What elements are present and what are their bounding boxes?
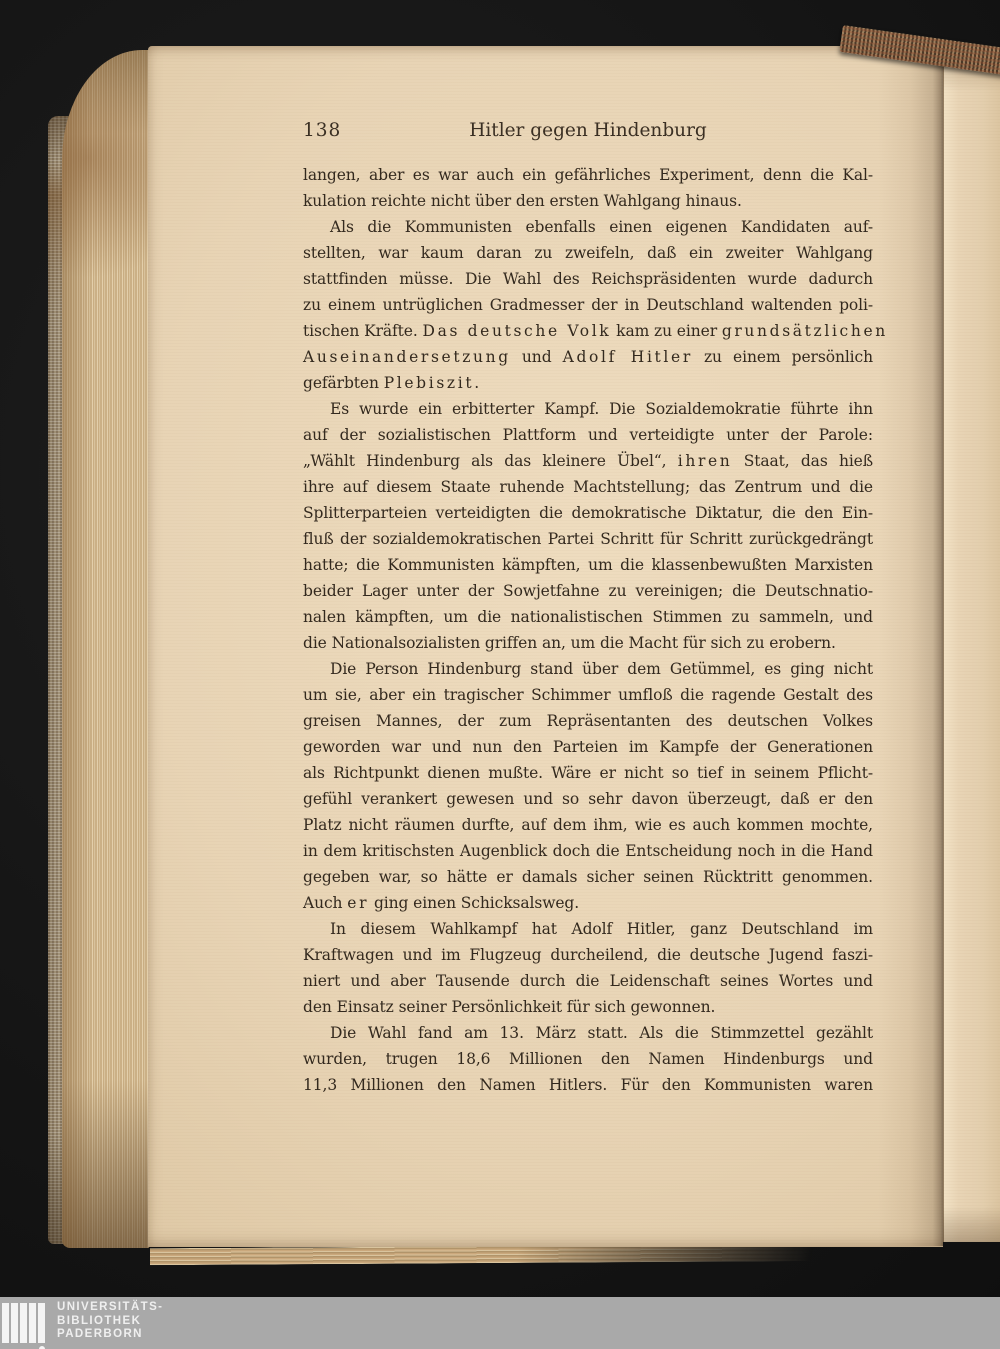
text-line: auf der sozialistischen Plattform und ve… <box>303 422 873 448</box>
text-line: „Wählt Hindenburg als das kleinere Übel“… <box>303 448 873 474</box>
text-line: nalen kämpften, um die nationalistischen… <box>303 604 873 630</box>
text-line: gefärbten Plebiszit. <box>303 370 873 396</box>
paragraph: langen, aber es war auch ein gefährliche… <box>303 162 873 214</box>
library-name-line: UNIVERSITÄTS- <box>57 1301 163 1315</box>
logo-bar <box>11 1303 18 1343</box>
book-scan-photo: 138 Hitler gegen Hindenburg langen, aber… <box>0 0 1000 1349</box>
library-watermark-bar: UNIVERSITÄTS- BIBLIOTHEK PADERBORN <box>0 1297 1000 1349</box>
text-line: 11,3 Millionen den Namen Hitlers. Für de… <box>303 1072 873 1098</box>
text-line: beider Lager unter der Sowjetfahne zu ve… <box>303 578 873 604</box>
text-line: Kraftwagen und im Flugzeug durcheilend, … <box>303 942 873 968</box>
facing-page-edge <box>943 56 1000 1242</box>
page-edges-left <box>62 50 149 1248</box>
text-line: Auseinandersetzung und Adolf Hitler zu e… <box>303 344 873 370</box>
text-line: langen, aber es war auch ein gefährliche… <box>303 162 873 188</box>
running-header: Hitler gegen Hindenburg <box>303 120 873 141</box>
page-header-row: 138 Hitler gegen Hindenburg <box>303 120 873 144</box>
text-line: die Nationalsozialisten griffen an, um d… <box>303 630 873 656</box>
text-line: geworden war und nun den Parteien im Kam… <box>303 734 873 760</box>
paragraph: Es wurde ein erbitterter Kampf. Die Sozi… <box>303 396 873 656</box>
text-line: stattfinden müsse. Die Wahl des Reichspr… <box>303 266 873 292</box>
paragraph: Die Person Hindenburg stand über dem Get… <box>303 656 873 916</box>
text-line: Die Person Hindenburg stand über dem Get… <box>303 656 873 682</box>
text-line: hatte; die Kommunisten kämpften, um die … <box>303 552 873 578</box>
text-line: niert und aber Tausende durch die Leiden… <box>303 968 873 994</box>
text-line: ihre auf diesem Staate ruhende Machtstel… <box>303 474 873 500</box>
text-line: wurden, trugen 18,6 Millionen den Namen … <box>303 1046 873 1072</box>
text-line: gefühl verankert gewesen und so sehr dav… <box>303 786 873 812</box>
paragraph: Die Wahl fand am 13. März statt. Als die… <box>303 1020 873 1098</box>
text-line: In diesem Wahlkampf hat Adolf Hitler, ga… <box>303 916 873 942</box>
library-name: UNIVERSITÄTS- BIBLIOTHEK PADERBORN <box>57 1301 163 1342</box>
text-line: in dem kritischsten Augenblick doch die … <box>303 838 873 864</box>
text-line: Auch er ging einen Schicksalsweg. <box>303 890 873 916</box>
library-name-line: PADERBORN <box>57 1328 163 1342</box>
library-name-line: BIBLIOTHEK <box>57 1315 163 1329</box>
logo-bar <box>20 1303 27 1343</box>
logo-bar <box>38 1303 45 1343</box>
text-line: greisen Mannes, der zum Repräsentanten d… <box>303 708 873 734</box>
text-line: tischen Kräfte. Das deutsche Volk kam zu… <box>303 318 873 344</box>
text-line: Als die Kommunisten ebenfalls einen eige… <box>303 214 873 240</box>
text-line: gegeben war, so hätte er damals sicher s… <box>303 864 873 890</box>
text-line: Es wurde ein erbitterter Kampf. Die Sozi… <box>303 396 873 422</box>
logo-bar <box>29 1303 36 1343</box>
paragraph: In diesem Wahlkampf hat Adolf Hitler, ga… <box>303 916 873 1020</box>
gutter-shadow <box>878 46 943 1246</box>
paragraph: Als die Kommunisten ebenfalls einen eige… <box>303 214 873 396</box>
library-logo-icon <box>2 1303 54 1349</box>
text-line: zu einem untrüglichen Gradmesser der in … <box>303 292 873 318</box>
text-line: Platz nicht räumen durfte, auf dem ihm, … <box>303 812 873 838</box>
text-line: um sie, aber ein tragischer Schimmer umf… <box>303 682 873 708</box>
logo-bar <box>2 1303 9 1343</box>
text-line: Die Wahl fand am 13. März statt. Als die… <box>303 1020 873 1046</box>
text-line: Splitterparteien verteidigten die demokr… <box>303 500 873 526</box>
page-text: langen, aber es war auch ein gefährliche… <box>303 162 873 1098</box>
text-line: stellten, war kaum daran zu zweifeln, da… <box>303 240 873 266</box>
page-number: 138 <box>303 120 341 141</box>
text-line: als Richtpunkt dienen mußte. Wäre er nic… <box>303 760 873 786</box>
text-line: fluß der sozialdemokratischen Partei Sch… <box>303 526 873 552</box>
text-line: den Einsatz seiner Persönlichkeit für si… <box>303 994 873 1020</box>
text-line: kulation reichte nicht über den ersten W… <box>303 188 873 214</box>
book-page: 138 Hitler gegen Hindenburg langen, aber… <box>148 46 943 1247</box>
